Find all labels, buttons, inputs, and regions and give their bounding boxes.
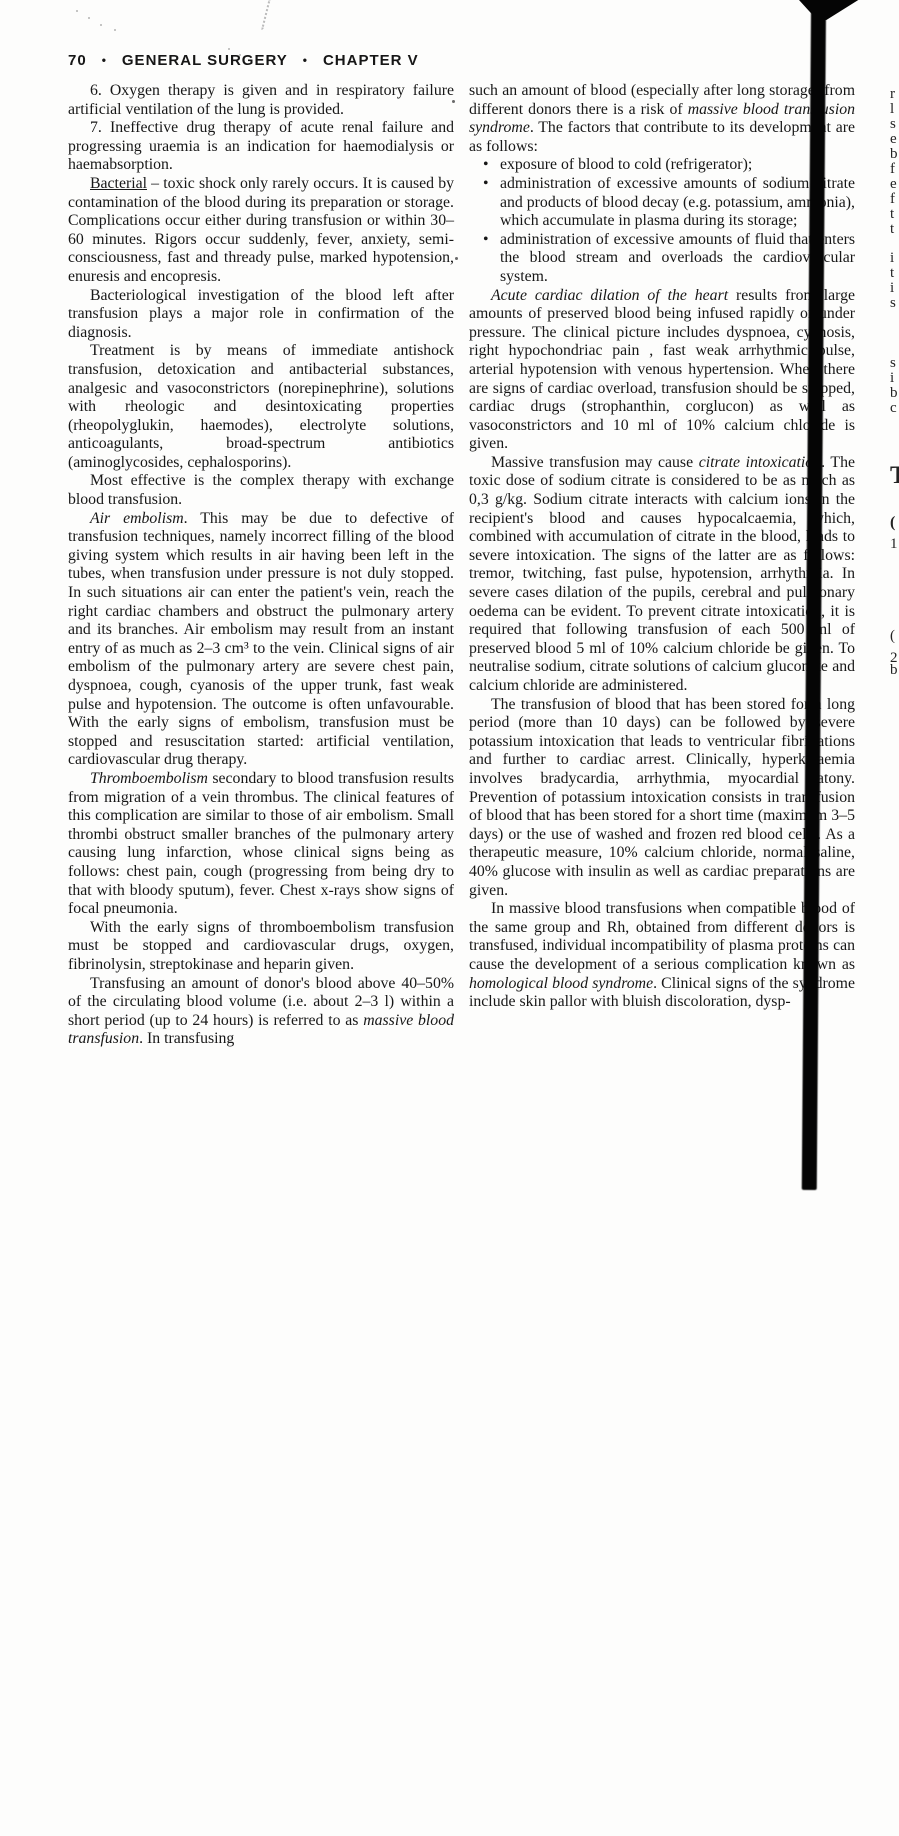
text-segment: administration of excessive amounts of s… <box>500 175 855 229</box>
paragraph: 6. Oxygen therapy is given and in respir… <box>68 82 454 119</box>
paragraph: Treatment is by means of immediate antis… <box>68 342 454 472</box>
paragraph: Thromboembolism secondary to blood trans… <box>68 770 454 919</box>
paragraph: The transfusion of blood that has been s… <box>469 696 855 901</box>
text-segment: In massive blood transfusions when compa… <box>469 900 855 973</box>
edge-text-fragment: T <box>890 462 899 490</box>
text-segment: The transfusion of blood that has been s… <box>469 696 855 899</box>
right-text-column: such an amount of blood (especially afte… <box>469 82 855 1012</box>
pencil-mark <box>114 29 116 31</box>
edge-text-fragment: c <box>890 400 899 417</box>
text-segment: Acute cardiac dilation of the heart <box>491 287 728 304</box>
header-bullet-icon: • <box>102 53 107 67</box>
edge-text-fragment: s <box>890 295 899 312</box>
paragraph: Most effective is the complex therapy wi… <box>68 472 454 509</box>
bullet-icon: • <box>483 231 489 250</box>
text-segment: . The toxic dose of sodium citrate is co… <box>469 454 855 694</box>
paragraph: Massive transfusion may cause citrate in… <box>469 454 855 696</box>
edge-text-fragment: 1 <box>890 536 899 553</box>
bullet-item: •exposure of blood to cold (refrigerator… <box>469 156 855 175</box>
text-segment: 6. Oxygen therapy is given and in respir… <box>68 82 454 118</box>
page-header: 70 • GENERAL SURGERY • CHAPTER V <box>68 52 419 69</box>
text-segment: Thromboembolism <box>90 770 208 787</box>
paragraph: such an amount of blood (especially afte… <box>469 82 855 156</box>
text-segment: With the early signs of thromboembolism … <box>68 919 454 973</box>
paragraph: Air embolism. This may be due to defecti… <box>68 510 454 770</box>
text-segment: secondary to blood transfusion results f… <box>68 770 454 917</box>
bullet-item: •administration of excessive amounts of … <box>469 175 855 231</box>
edge-text-fragment: t <box>890 221 899 238</box>
paragraph: In massive blood transfusions when compa… <box>469 900 855 1012</box>
pencil-mark <box>261 0 271 30</box>
text-segment: administration of excessive amounts of f… <box>500 231 855 285</box>
text-segment: results from large amounts of preserved … <box>469 287 855 453</box>
bullet-icon: • <box>483 175 489 194</box>
text-segment: Massive transfusion may cause <box>491 454 699 471</box>
text-segment: homological blood syndrome <box>469 975 653 992</box>
pencil-mark <box>88 17 90 19</box>
chapter-label: CHAPTER V <box>323 52 419 69</box>
pencil-mark <box>76 10 78 12</box>
text-segment: Bacteriological investigation of the blo… <box>68 287 454 341</box>
pencil-mark <box>228 48 230 50</box>
text-segment: exposure of blood to cold (refrigerator)… <box>500 156 752 173</box>
paragraph: 7. Ineffective drug therapy of acute ren… <box>68 119 454 175</box>
text-segment: Most effective is the complex therapy wi… <box>68 472 454 508</box>
paragraph: Bacterial – toxic shock only rarely occu… <box>68 175 454 287</box>
ink-speck <box>452 100 455 103</box>
paragraph: Bacteriological investigation of the blo… <box>68 287 454 343</box>
text-segment: 7. Ineffective drug therapy of acute ren… <box>68 119 454 173</box>
bullet-item: •administration of excessive amounts of … <box>469 231 855 287</box>
pencil-mark <box>239 54 241 56</box>
text-segment: citrate intoxication <box>699 454 821 471</box>
ink-speck <box>455 257 458 260</box>
book-title: GENERAL SURGERY <box>122 52 288 69</box>
text-segment: Air embolism <box>90 510 184 527</box>
text-segment: Treatment is by means of immediate antis… <box>68 342 454 471</box>
left-text-column: 6. Oxygen therapy is given and in respir… <box>68 82 454 1049</box>
paragraph: Transfusing an amount of donor's blood a… <box>68 975 454 1049</box>
bullet-icon: • <box>483 156 489 175</box>
edge-text-fragment: ( <box>890 514 899 532</box>
edge-text-fragment: b <box>890 662 899 679</box>
text-segment: Bacterial <box>90 175 147 192</box>
paragraph: With the early signs of thromboembolism … <box>68 919 454 975</box>
text-segment: . This may be due to defective of transf… <box>68 510 454 769</box>
text-segment: . In transfusing <box>139 1030 234 1047</box>
page-number: 70 <box>68 52 87 69</box>
pencil-mark <box>100 24 102 26</box>
header-bullet-icon: • <box>303 53 308 67</box>
paragraph: Acute cardiac dilation of the heart resu… <box>469 287 855 454</box>
edge-text-fragment: ( <box>890 628 899 645</box>
